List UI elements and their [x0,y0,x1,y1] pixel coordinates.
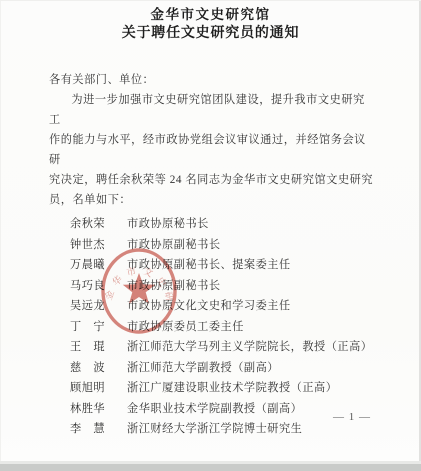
paragraph-line: 为进一步加强市文史研究馆团队建设，提升我市文史研究工 [49,90,376,130]
appointee-title: 浙江师范大学副教授（副高） [127,362,279,374]
appointee-row: 吴远龙市政协原文化文史和学习委主任 [70,296,381,317]
appointee-name: 顾旭明 [70,378,127,399]
appointee-title: 市政协原委员工委主任 [127,321,244,333]
appointee-row: 丁 宁市政协原委员工委主任 [70,317,381,338]
appointee-title: 浙江财经大学浙江学院博士研究生 [127,423,302,435]
appointee-row: 万晨曦市政协原副秘书长、提案委主任 [70,255,381,276]
appointee-name: 万晨曦 [70,255,127,276]
appointee-title: 浙江师范大学马列主义学院院长，教授（正高） [127,341,372,353]
appointee-name: 丁 宁 [70,317,127,338]
notice-body: 各有关部门、单位： 为进一步加强市文史研究馆团队建设，提升我市文史研究工 作的能… [49,70,376,210]
document-title: 金华市文史研究馆 关于聘任文史研究员的通知 [0,0,421,44]
title-subject: 关于聘任文史研究员的通知 [0,24,421,44]
appointee-row: 慈 波浙江师范大学副教授（副高） [70,358,381,379]
appointee-title: 金华职业技术学院副教授（副高） [127,403,302,415]
appointee-row: 余秋荣市政协原秘书长 [70,214,381,235]
scanned-notice-page: 金华市文史研究馆 关于聘任文史研究员的通知 各有关部门、单位： 为进一步加强市文… [0,0,421,471]
appointee-name: 慈 波 [70,358,127,379]
appointee-row: 马巧良市政协原副秘书长 [70,276,381,297]
paragraph-line: 究决定，聘任余秋荣等 24 名同志为金华市文史研究馆文史研究 [49,170,376,190]
appointee-name: 林胜华 [70,399,127,420]
title-org-name: 金华市文史研究馆 [0,5,421,24]
page-number: — 1 — [333,411,371,423]
page-left-edge [0,0,1,471]
appointee-name: 王 琨 [70,337,127,358]
appointee-name: 钟世杰 [70,235,127,256]
appointee-list: 余秋荣市政协原秘书长钟世杰市政协原副秘书长万晨曦市政协原副秘书长、提案委主任马巧… [70,214,381,440]
appointee-row: 顾旭明浙江广厦建设职业技术学院教授（正高） [70,378,381,399]
paragraph-line: 作的能力与水平，经市政协党组会议审议通过，并经馆务会议研 [49,130,376,170]
appointee-title: 市政协原副秘书长 [127,280,221,292]
appointee-title: 市政协原副秘书长、提案委主任 [127,259,291,271]
paragraph-line: 员，名单如下： [49,190,376,210]
appointee-name: 马巧良 [70,276,127,297]
appointee-title: 市政协原副秘书长 [127,239,221,251]
page-top-edge [0,0,421,1]
appointee-name: 吴远龙 [70,296,127,317]
appointee-name: 余秋荣 [70,214,127,235]
appointee-row: 王 琨浙江师范大学马列主义学院院长，教授（正高） [70,337,381,358]
appointee-title: 市政协原文化文史和学习委主任 [127,300,291,312]
appointee-name: 李 慧 [70,419,127,440]
appointee-row: 钟世杰市政协原副秘书长 [70,235,381,256]
appointee-title: 浙江广厦建设职业技术学院教授（正高） [127,382,337,394]
salutation: 各有关部门、单位： [49,70,376,90]
scan-footer-band [0,464,421,471]
appointee-title: 市政协原秘书长 [127,218,209,230]
